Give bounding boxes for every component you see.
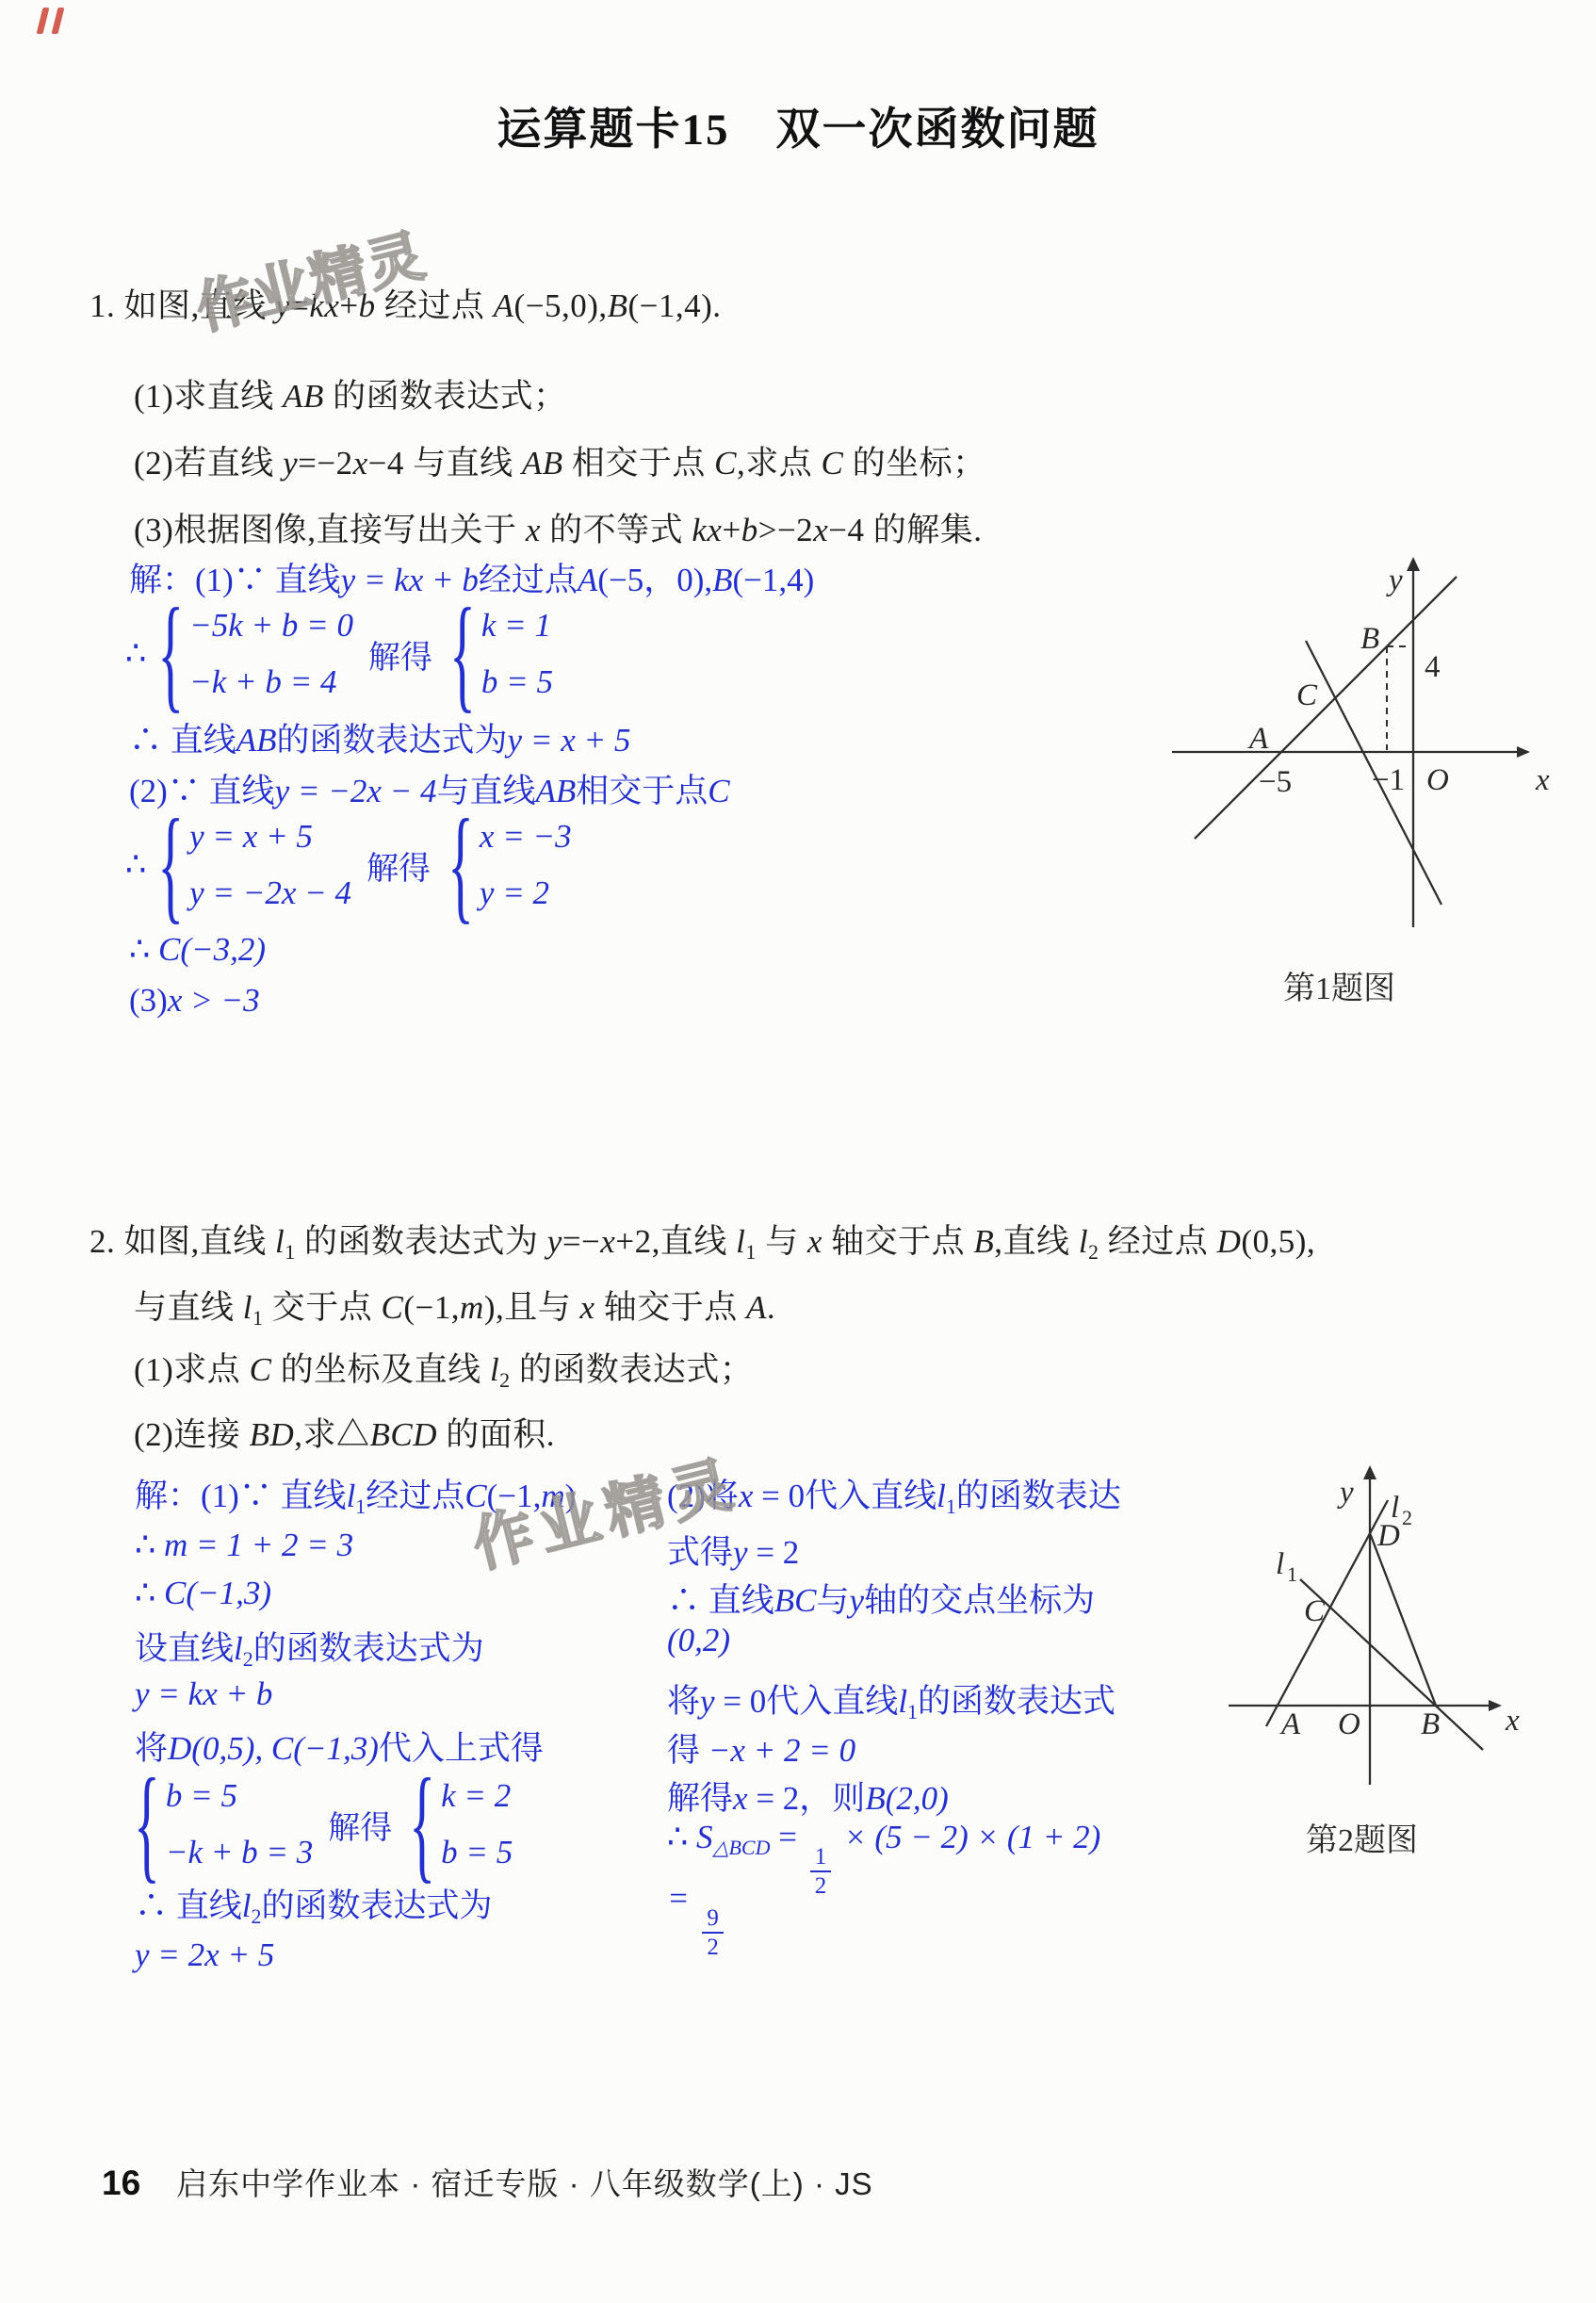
solution2-left-line2: ∴ m = 1 + 2 = 3: [135, 1527, 353, 1564]
problem2-part1: (1)求点 C 的坐标及直线 l2 的函数表达式；: [134, 1344, 753, 1393]
figure2-caption: 第2题图: [1306, 1822, 1418, 1858]
solution2-right-line3: ∴ 直线BC与y轴的交点坐标为: [667, 1575, 1095, 1622]
tick-4: 4: [1425, 650, 1441, 684]
solution2-right-line5: 将y = 0代入直线l1的函数表达式: [667, 1675, 1116, 1724]
solution2-left-line8: y = 2x + 5: [135, 1936, 274, 1974]
x-axis-arrow: [1517, 746, 1530, 758]
left-brace: {: [449, 590, 476, 718]
problem1-part1: (1)求直线 AB 的函数表达式；: [134, 370, 567, 417]
equation: −k + b = 3: [166, 1824, 313, 1881]
solution2-left-line7: ∴ 直线l2的函数表达式为: [135, 1880, 493, 1929]
equation: b = 5: [441, 1824, 513, 1881]
equation: k = 1: [481, 597, 553, 654]
x-axis-label: x: [1505, 1704, 1520, 1738]
line-l1: [1300, 1579, 1483, 1750]
solve-label: 解得: [366, 842, 431, 889]
page-footer: 16 启东中学作业本 · 宿迁专版 · 八年级数学(上) · JS: [102, 2160, 873, 2204]
solution1-line4: ∴ C(−3,2): [129, 931, 266, 969]
problem1-part3: (3)根据图像,直接写出关于 x 的不等式 kx+b>−2x−4 的解集.: [134, 504, 982, 551]
red-corner-mark: [52, 8, 65, 34]
x-axis-arrow: [1489, 1700, 1502, 1711]
point-C-label: C: [1296, 678, 1318, 712]
figure-problem1: y x O A −5 C B 4 −1 第1题图: [1159, 554, 1573, 1025]
problem2-part2: (2)连接 BD,求△BCD 的面积.: [134, 1409, 555, 1456]
solution1-line5: (3)x > −3: [129, 982, 260, 1020]
left-brace: {: [157, 590, 184, 718]
solution2-left-line3: ∴ C(−1,3): [135, 1575, 271, 1612]
page-title: 运算题卡15 双一次函数问题: [0, 94, 1596, 157]
point-A-label: A: [1247, 722, 1269, 756]
point-C-label: C: [1304, 1594, 1326, 1628]
figure1-caption: 第1题图: [1283, 971, 1395, 1006]
equation: −k + b = 4: [189, 654, 353, 710]
solution2-left-line4: 设直线l2的函数表达式为: [135, 1623, 484, 1672]
y-axis-arrow: [1363, 1465, 1376, 1479]
solution2-right-line4: (0,2): [667, 1622, 730, 1659]
origin-label: O: [1426, 763, 1449, 797]
workbook-page: 运算题卡15 双一次函数问题 作业精灵 作业精灵 1. 如图,直线 y=kx+b…: [0, 0, 1596, 2303]
red-corner-mark: [37, 8, 50, 34]
point-B-label: B: [1360, 622, 1379, 656]
solution2-right-line9: = 92: [667, 1880, 728, 1960]
equation: b = 5: [481, 654, 553, 710]
therefore-symbol: ∴: [125, 846, 146, 884]
equation-group: x = −3 y = 2: [480, 808, 572, 922]
equation: y = −2x − 4: [189, 865, 351, 922]
solution2-system: { b = 5 −k + b = 3 解得 { k = 2 b = 5: [132, 1768, 513, 1881]
solution1-line2: ∴ 直线AB的函数表达式为y = x + 5: [129, 714, 630, 761]
equation-group: k = 1 b = 5: [481, 597, 553, 710]
solution1-system2: ∴ { y = x + 5 y = −2x − 4 解得 { x = −3 y …: [125, 808, 572, 922]
equation: x = −3: [480, 808, 572, 865]
equation-group: k = 2 b = 5: [441, 1768, 513, 1881]
solve-label: 解得: [368, 631, 432, 678]
solution2-right-line7: 解得x = 2，则B(2,0): [667, 1772, 949, 1820]
left-brace: {: [448, 801, 474, 929]
problem2-intro-line1: 2. 如图,直线 l1 的函数表达式为 y=−x+2,直线 l1 与 x 轴交于…: [90, 1216, 1315, 1265]
solve-label: 解得: [328, 1802, 392, 1848]
page-number: 16: [102, 2164, 140, 2203]
footer-text: 启东中学作业本 · 宿迁专版 · 八年级数学(上) · JS: [176, 2160, 872, 2204]
line-l2-label-sub: 2: [1402, 1506, 1412, 1529]
solution2-left-line6: 将D(0,5), C(−1,3)代入上式得: [135, 1723, 544, 1770]
tick-minus5: −5: [1259, 765, 1292, 799]
figure-problem2: y x l 2 l 1 D C A O B 第2题图: [1215, 1462, 1592, 1915]
line-l1-label-sub: 1: [1287, 1562, 1297, 1586]
left-brace: {: [157, 801, 184, 929]
equation-group: b = 5 −k + b = 3: [166, 1768, 313, 1881]
solution1-line3: (2)∵ 直线y = −2x − 4与直线AB相交于点C: [129, 765, 730, 812]
problem2-intro-line2: 与直线 l1 交于点 C(−1,m),且与 x 轴交于点 A.: [134, 1282, 775, 1331]
left-brace: {: [409, 1760, 435, 1888]
segment-BD: [1370, 1533, 1436, 1706]
tick-minus1: −1: [1372, 763, 1405, 797]
point-A-label: A: [1279, 1707, 1301, 1741]
equation-group: −5k + b = 0 −k + b = 4: [189, 597, 353, 710]
equation: b = 5: [166, 1768, 313, 1824]
equation: −5k + b = 0: [189, 597, 353, 654]
therefore-symbol: ∴: [125, 635, 146, 673]
y-axis-label: y: [1337, 1476, 1354, 1510]
origin-label: O: [1338, 1707, 1360, 1741]
y-axis-label: y: [1386, 563, 1403, 597]
point-B-label: B: [1421, 1707, 1440, 1741]
equation: y = x + 5: [189, 808, 351, 865]
equation: y = 2: [480, 865, 572, 922]
solution2-right-line6: 得 −x + 2 = 0: [667, 1724, 855, 1772]
equation-group: y = x + 5 y = −2x − 4: [189, 808, 351, 922]
line-l1-label: l: [1276, 1547, 1284, 1581]
solution2-left-line5: y = kx + b: [135, 1675, 272, 1713]
left-brace: {: [134, 1760, 160, 1888]
equation: k = 2: [441, 1768, 513, 1824]
problem1-part2: (2)若直线 y=−2x−4 与直线 AB 相交于点 C,求点 C 的坐标；: [134, 437, 986, 484]
x-axis-label: x: [1535, 763, 1550, 797]
line-AB: [1195, 577, 1457, 839]
point-D-label: D: [1376, 1519, 1400, 1553]
solution2-right-line8: ∴ S△BCD = 12 × (5 − 2) × (1 + 2): [667, 1819, 1100, 1899]
solution1-system1: ∴ { −5k + b = 0 −k + b = 4 解得 { k = 1 b …: [125, 597, 553, 710]
y-axis-arrow: [1407, 557, 1420, 571]
